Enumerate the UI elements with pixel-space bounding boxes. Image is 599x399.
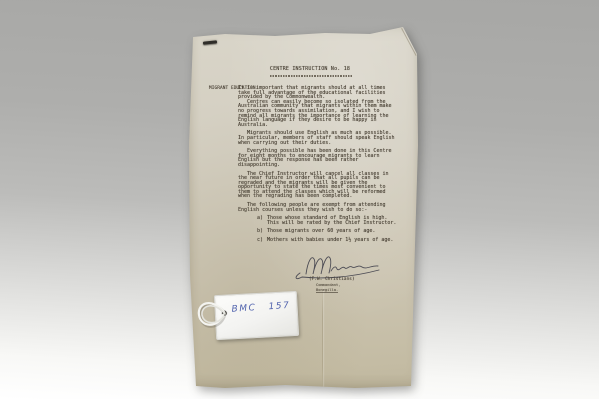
paragraph: Migrants should use English as much as p… — [238, 131, 400, 145]
paragraph: The Chief Instructor will cancel all cla… — [238, 172, 400, 200]
paragraph: Centres can easily become so isolated fr… — [238, 100, 400, 128]
paragraph: It is important that migrants should at … — [238, 86, 400, 100]
exemption-text: Those migrants over 60 years of age. — [267, 229, 400, 234]
paper-sheet: CENTRE INSTRUCTION No. 18 MIGRANT EDUCAT… — [185, 25, 422, 390]
photo-background: CENTRE INSTRUCTION No. 18 MIGRANT EDUCAT… — [0, 0, 599, 399]
exemption-item: c) Mothers with babies under 1½ years of… — [257, 238, 400, 243]
exemption-item: b) Those migrants over 60 years of age. — [257, 229, 400, 234]
tag-string — [191, 287, 243, 339]
document-body: It is important that migrants should at … — [238, 86, 400, 247]
document-page: CENTRE INSTRUCTION No. 18 MIGRANT EDUCAT… — [185, 25, 422, 390]
exemption-item: a) Those whose standard of English is hi… — [257, 216, 400, 225]
staple — [203, 40, 217, 44]
paragraph: The following people are exempt from att… — [238, 203, 400, 212]
exemption-list: a) Those whose standard of English is hi… — [257, 216, 400, 242]
paper-crease — [322, 287, 323, 387]
signature-title-line-2: Bonegilla. — [316, 288, 338, 294]
title-underline — [270, 75, 352, 77]
signature-title-line-1: Commandant, — [316, 283, 340, 287]
paragraph: Everything possible has been done in thi… — [238, 149, 400, 167]
signature-name: (F.W. Christians) — [309, 277, 355, 282]
exemption-text: Mothers with babies under 1½ years of ag… — [267, 238, 400, 243]
exemption-text: Those whose standard of English is high.… — [267, 216, 400, 225]
exemption-marker: a) — [257, 216, 267, 225]
exemption-marker: b) — [257, 229, 267, 234]
document-title: CENTRE INSTRUCTION No. 18 — [230, 66, 390, 72]
corner-fold-edge — [401, 28, 416, 56]
exemption-marker: c) — [257, 238, 267, 243]
